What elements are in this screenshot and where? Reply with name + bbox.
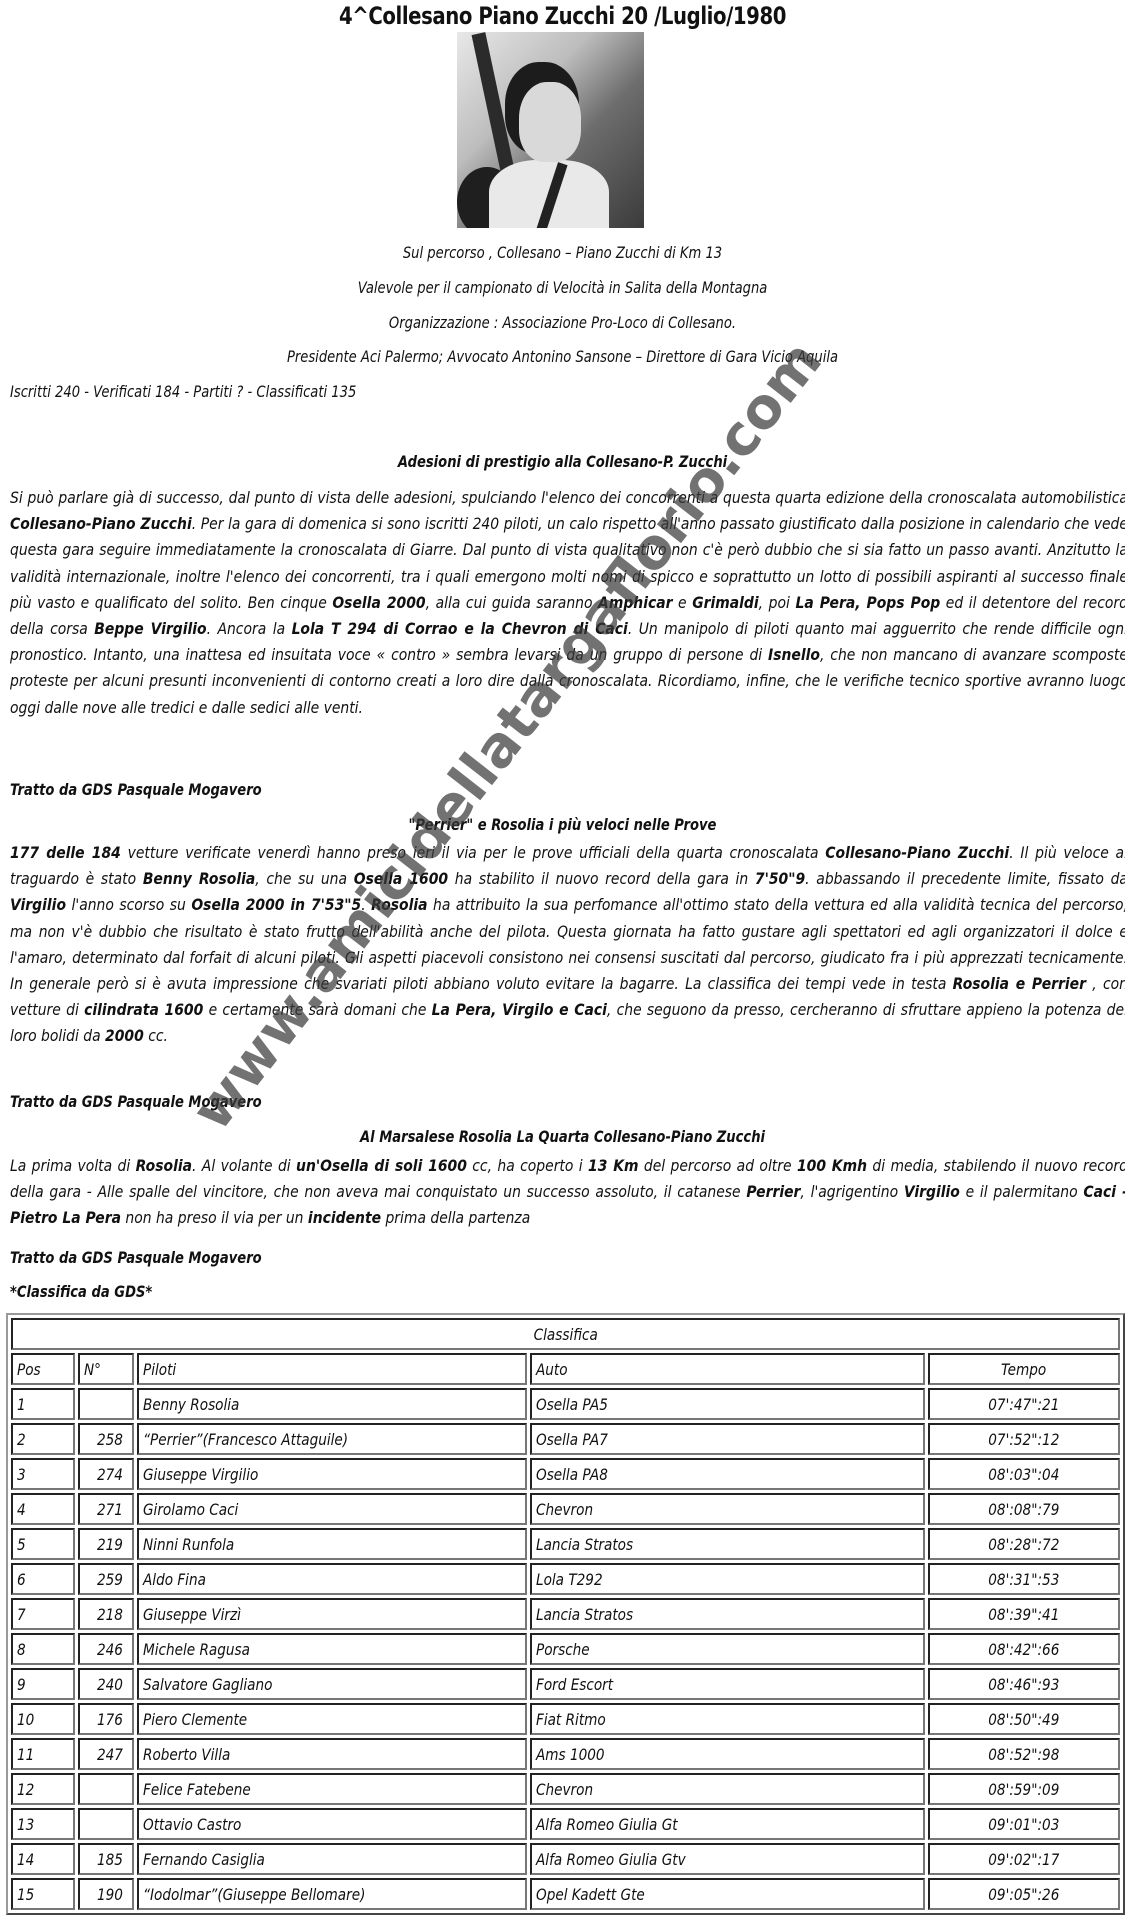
rollbar-shape xyxy=(472,32,517,182)
cell-car: Osella PA7 xyxy=(530,1423,925,1455)
cell-time: 08':39":41 xyxy=(928,1598,1120,1630)
article-3-body: La prima volta di Rosolia. Al volante di… xyxy=(10,1153,1125,1232)
cell-car: Fiat Ritmo xyxy=(530,1703,925,1735)
classifica-note: *Classifica da GDS* xyxy=(10,1282,152,1301)
article-2-heading: "Perrier" e Rosolia i più veloci nelle P… xyxy=(101,815,1024,834)
cell-driver: Ninni Runfola xyxy=(137,1528,527,1560)
cell-car: Osella PA5 xyxy=(530,1388,925,1420)
table-row: 15190“Iodolmar”(Giuseppe Bellomare)Opel … xyxy=(11,1878,1120,1910)
cell-number xyxy=(78,1388,134,1420)
cell-pos: 2 xyxy=(11,1423,75,1455)
cell-pos: 13 xyxy=(11,1808,75,1840)
cell-time: 08':42":66 xyxy=(928,1633,1120,1665)
cell-number: 246 xyxy=(78,1633,134,1665)
col-header-car: Auto xyxy=(530,1353,925,1385)
cell-number: 190 xyxy=(78,1878,134,1910)
cell-car: Opel Kadett Gte xyxy=(530,1878,925,1910)
cell-pos: 10 xyxy=(11,1703,75,1735)
cell-time: 08':52":98 xyxy=(928,1738,1120,1770)
cell-time: 08':46":93 xyxy=(928,1668,1120,1700)
table-row: 3274Giuseppe VirgilioOsella PA808':03":0… xyxy=(11,1458,1120,1490)
cell-time: 07':47":21 xyxy=(928,1388,1120,1420)
col-header-pos: Pos xyxy=(11,1353,75,1385)
cell-car: Alfa Romeo Giulia Gt xyxy=(530,1808,925,1840)
article-2-body: 177 delle 184 vetture verificate venerdì… xyxy=(10,840,1125,1050)
cell-driver: “Perrier”(Francesco Attaguile) xyxy=(137,1423,527,1455)
cell-number: 240 xyxy=(78,1668,134,1700)
cell-car: Osella PA8 xyxy=(530,1458,925,1490)
cell-number: 219 xyxy=(78,1528,134,1560)
cell-car: Porsche xyxy=(530,1633,925,1665)
table-row: 12Felice FatebeneChevron08':59":09 xyxy=(11,1773,1120,1805)
cell-time: 07':52":12 xyxy=(928,1423,1120,1455)
cell-time: 09':02":17 xyxy=(928,1843,1120,1875)
table-row: 2258“Perrier”(Francesco Attaguile)Osella… xyxy=(11,1423,1120,1455)
table-row: 13Ottavio CastroAlfa Romeo Giulia Gt09':… xyxy=(11,1808,1120,1840)
cell-number: 247 xyxy=(78,1738,134,1770)
cell-pos: 12 xyxy=(11,1773,75,1805)
cell-car: Alfa Romeo Giulia Gtv xyxy=(530,1843,925,1875)
cell-time: 08':50":49 xyxy=(928,1703,1120,1735)
cell-number: 274 xyxy=(78,1458,134,1490)
cell-car: Chevron xyxy=(530,1493,925,1525)
cell-pos: 5 xyxy=(11,1528,75,1560)
table-row: 8246Michele RagusaPorsche08':42":66 xyxy=(11,1633,1120,1665)
cell-number: 176 xyxy=(78,1703,134,1735)
cell-car: Ford Escort xyxy=(530,1668,925,1700)
table-row: 14185Fernando CasigliaAlfa Romeo Giulia … xyxy=(11,1843,1120,1875)
table-row: 6259Aldo FinaLola T29208':31":53 xyxy=(11,1563,1120,1595)
cell-time: 08':31":53 xyxy=(928,1563,1120,1595)
article-1-body: Si può parlare già di successo, dal punt… xyxy=(10,485,1125,721)
results-table: Classifica Pos N° Piloti Auto Tempo 1Ben… xyxy=(6,1313,1125,1915)
table-row: 1Benny RosoliaOsella PA507':47":21 xyxy=(11,1388,1120,1420)
cell-time: 08':08":79 xyxy=(928,1493,1120,1525)
table-header-row: Pos N° Piloti Auto Tempo xyxy=(11,1353,1120,1385)
entry-stats: Iscritti 240 - Verificati 184 - Partiti … xyxy=(10,382,933,401)
route-info: Sul percorso , Collesano – Piano Zucchi … xyxy=(101,243,1024,262)
cell-pos: 9 xyxy=(11,1668,75,1700)
cell-driver: Salvatore Gagliano xyxy=(137,1668,527,1700)
cell-driver: Giuseppe Virzì xyxy=(137,1598,527,1630)
col-header-time: Tempo xyxy=(928,1353,1120,1385)
cell-driver: Fernando Casiglia xyxy=(137,1843,527,1875)
article-2-credit: Tratto da GDS Pasquale Mogavero xyxy=(10,1092,262,1111)
article-1-credit: Tratto da GDS Pasquale Mogavero xyxy=(10,780,262,799)
cell-time: 09':05":26 xyxy=(928,1878,1120,1910)
face-shape xyxy=(519,82,581,162)
cell-pos: 1 xyxy=(11,1388,75,1420)
cell-pos: 8 xyxy=(11,1633,75,1665)
table-row: 10176Piero ClementeFiat Ritmo08':50":49 xyxy=(11,1703,1120,1735)
organization-info: Organizzazione : Associazione Pro-Loco d… xyxy=(101,313,1024,332)
officials-info: Presidente Aci Palermo; Avvocato Antonin… xyxy=(101,347,1024,366)
cell-car: Lola T292 xyxy=(530,1563,925,1595)
table-row: 9240Salvatore GaglianoFord Escort08':46"… xyxy=(11,1668,1120,1700)
cell-number: 258 xyxy=(78,1423,134,1455)
table-caption-row: Classifica xyxy=(11,1318,1120,1350)
cell-driver: “Iodolmar”(Giuseppe Bellomare) xyxy=(137,1878,527,1910)
cell-number xyxy=(78,1808,134,1840)
col-header-number: N° xyxy=(78,1353,134,1385)
cell-car: Ams 1000 xyxy=(530,1738,925,1770)
table-row: 11247Roberto VillaAms 100008':52":98 xyxy=(11,1738,1120,1770)
cell-time: 08':03":04 xyxy=(928,1458,1120,1490)
cell-driver: Girolamo Caci xyxy=(137,1493,527,1525)
cell-driver: Michele Ragusa xyxy=(137,1633,527,1665)
cell-driver: Piero Clemente xyxy=(137,1703,527,1735)
cell-pos: 3 xyxy=(11,1458,75,1490)
cell-driver: Felice Fatebene xyxy=(137,1773,527,1805)
cell-time: 08':28":72 xyxy=(928,1528,1120,1560)
cell-car: Lancia Stratos xyxy=(530,1528,925,1560)
table-row: 5219Ninni RunfolaLancia Stratos08':28":7… xyxy=(11,1528,1120,1560)
article-1-heading: Adesioni di prestigio alla Collesano-P. … xyxy=(101,452,1024,471)
cell-pos: 4 xyxy=(11,1493,75,1525)
cell-driver: Aldo Fina xyxy=(137,1563,527,1595)
driver-photo xyxy=(457,32,644,228)
cell-car: Lancia Stratos xyxy=(530,1598,925,1630)
cell-number: 185 xyxy=(78,1843,134,1875)
article-3-credit: Tratto da GDS Pasquale Mogavero xyxy=(10,1248,262,1267)
cell-number xyxy=(78,1773,134,1805)
cell-pos: 7 xyxy=(11,1598,75,1630)
cell-driver: Roberto Villa xyxy=(137,1738,527,1770)
table-row: 7218Giuseppe VirzìLancia Stratos08':39":… xyxy=(11,1598,1120,1630)
cell-pos: 11 xyxy=(11,1738,75,1770)
col-header-drivers: Piloti xyxy=(137,1353,527,1385)
cell-driver: Ottavio Castro xyxy=(137,1808,527,1840)
table-row: 4271Girolamo CaciChevron08':08":79 xyxy=(11,1493,1120,1525)
cell-pos: 15 xyxy=(11,1878,75,1910)
results-body: 1Benny RosoliaOsella PA507':47":212258“P… xyxy=(11,1388,1120,1910)
cell-number: 218 xyxy=(78,1598,134,1630)
cell-number: 259 xyxy=(78,1563,134,1595)
cell-car: Chevron xyxy=(530,1773,925,1805)
page-title: 4^Collesano Piano Zucchi 20 /Luglio/1980 xyxy=(101,2,1024,30)
cell-time: 09':01":03 xyxy=(928,1808,1120,1840)
article-3-heading: Al Marsalese Rosolia La Quarta Collesano… xyxy=(101,1127,1024,1146)
cell-pos: 14 xyxy=(11,1843,75,1875)
table-caption: Classifica xyxy=(11,1318,1120,1350)
cell-pos: 6 xyxy=(11,1563,75,1595)
cell-time: 08':59":09 xyxy=(928,1773,1120,1805)
cell-number: 271 xyxy=(78,1493,134,1525)
cell-driver: Giuseppe Virgilio xyxy=(137,1458,527,1490)
championship-info: Valevole per il campionato di Velocità i… xyxy=(101,278,1024,297)
cell-driver: Benny Rosolia xyxy=(137,1388,527,1420)
